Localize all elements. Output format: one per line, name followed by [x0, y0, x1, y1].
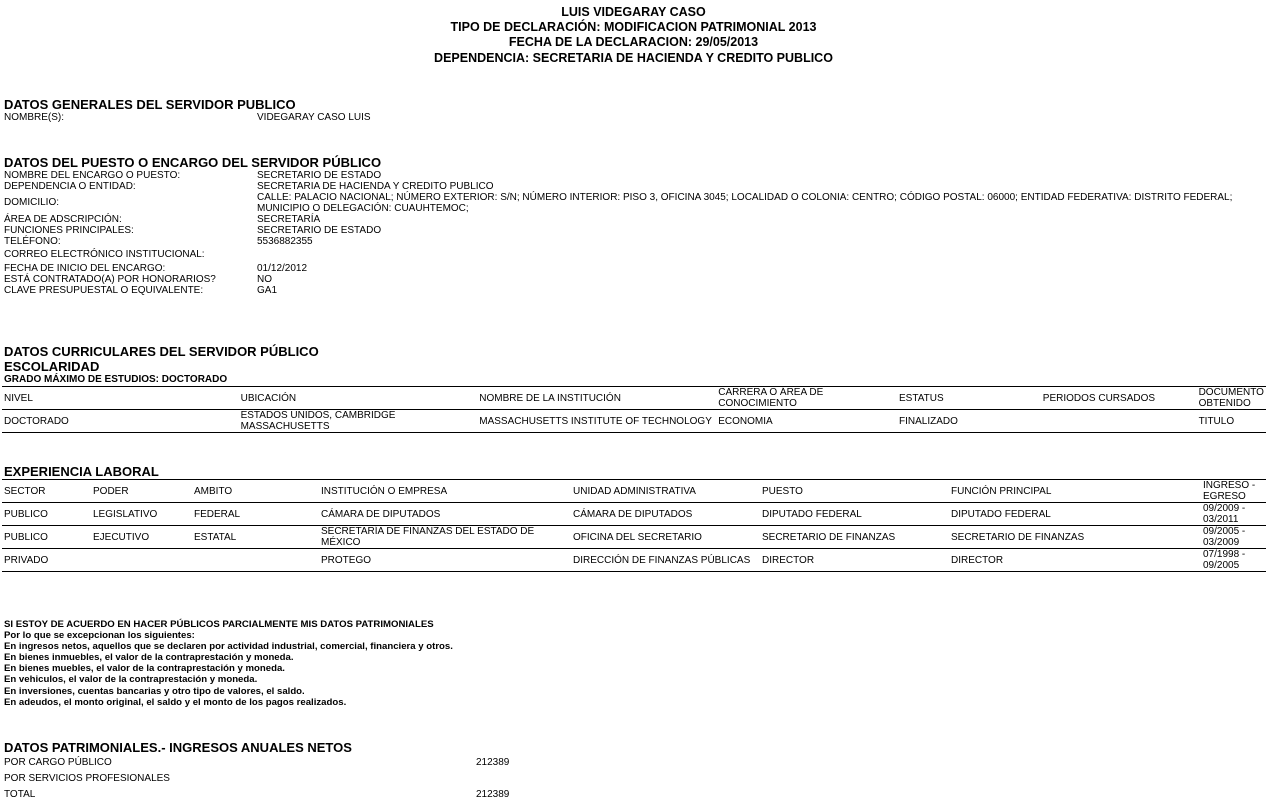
cell-puesto: DIPUTADO FEDERAL [760, 503, 949, 526]
field-value-fecha-inicio: 01/12/2012 [257, 263, 307, 274]
cell-poder [91, 549, 192, 572]
field-label-encargo: NOMBRE DEL ENCARGO O PUESTO: [4, 170, 180, 181]
cell-periodos [1041, 410, 1197, 433]
field-value-area: SECRETARÍA [257, 214, 320, 225]
col-header-ubicacion: UBICACIÓN [239, 387, 478, 410]
field-label-telefono: TELÉFONO: [4, 236, 61, 247]
field-label-dependencia: DEPENDENCIA O ENTIDAD: [4, 181, 136, 192]
col-header-funcion: FUNCIÓN PRINCIPAL [949, 480, 1201, 503]
income-label-servicios: POR SERVICIOS PROFESIONALES [4, 773, 170, 784]
cell-sector: PUBLICO [2, 526, 91, 549]
cell-puesto: SECRETARIO DE FINANZAS [760, 526, 949, 549]
col-header-carrera: CARRERA O ÁREA DE CONOCIMIENTO [716, 387, 897, 410]
col-header-periodos: PERIODOS CURSADOS [1041, 387, 1197, 410]
col-header-sector: SECTOR [2, 480, 91, 503]
declaration-type: TIPO DE DECLARACIÓN: MODIFICACION PATRIM… [0, 20, 1267, 35]
escolaridad-table: NIVEL UBICACIÓN NOMBRE DE LA INSTITUCIÓN… [2, 386, 1266, 433]
declarant-name: LUIS VIDEGARAY CASO [0, 5, 1267, 20]
section-title-experiencia: EXPERIENCIA LABORAL [4, 464, 159, 479]
col-header-poder: PODER [91, 480, 192, 503]
cell-nivel: DOCTORADO [2, 410, 239, 433]
section-title-generales: DATOS GENERALES DEL SERVIDOR PUBLICO [4, 97, 296, 112]
section-title-escolaridad: ESCOLARIDAD [4, 359, 99, 374]
col-header-ingreso-egreso: INGRESO - EGRESO [1201, 480, 1266, 503]
cell-unidad: OFICINA DEL SECRETARIO [571, 526, 760, 549]
col-header-documento: DOCUMENTO OBTENIDO [1197, 387, 1266, 410]
cell-unidad: DIRECCIÓN DE FINANZAS PÚBLICAS [571, 549, 760, 572]
section-title-ingresos: DATOS PATRIMONIALES.- INGRESOS ANUALES N… [4, 740, 352, 755]
notice-line: En adeudos, el monto original, el saldo … [4, 697, 453, 708]
col-header-institucion: INSTITUCIÓN O EMPRESA [319, 480, 571, 503]
field-value-dependencia: SECRETARIA DE HACIENDA Y CREDITO PUBLICO [257, 181, 494, 192]
field-label-area: ÁREA DE ADSCRIPCIÓN: [4, 214, 122, 225]
field-label-correo: CORREO ELECTRÓNICO INSTITUCIONAL: [4, 249, 205, 260]
notice-line: En inversiones, cuentas bancarias y otro… [4, 686, 453, 697]
cell-ambito: ESTATAL [192, 526, 319, 549]
col-header-ambito: AMBITO [192, 480, 319, 503]
privacy-notice: SI ESTOY DE ACUERDO EN HACER PÚBLICOS PA… [4, 619, 453, 708]
cell-funcion: DIRECTOR [949, 549, 1201, 572]
notice-line: En ingresos netos, aquellos que se decla… [4, 641, 453, 652]
notice-line: En vehiculos, el valor de la contraprest… [4, 674, 453, 685]
grado-maximo: GRADO MÁXIMO DE ESTUDIOS: DOCTORADO [4, 374, 227, 386]
income-label-total: TOTAL [4, 789, 35, 800]
cell-ambito: FEDERAL [192, 503, 319, 526]
income-value-cargo-publico: 212389 [476, 757, 509, 768]
cell-institucion: MASSACHUSETTS INSTITUTE OF TECHNOLOGY [477, 410, 716, 433]
field-value-domicilio: CALLE: PALACIO NACIONAL; NÚMERO EXTERIOR… [257, 192, 1257, 214]
cell-poder: LEGISLATIVO [91, 503, 192, 526]
cell-puesto: DIRECTOR [760, 549, 949, 572]
cell-sector: PRIVADO [2, 549, 91, 572]
cell-documento: TITULO [1197, 410, 1266, 433]
col-header-institucion: NOMBRE DE LA INSTITUCIÓN [477, 387, 716, 410]
field-label-domicilio: DOMICILIO: [4, 197, 59, 208]
cell-ingreso-egreso: 09/2009 - 03/2011 [1201, 503, 1266, 526]
field-label-clave: CLAVE PRESUPUESTAL O EQUIVALENTE: [4, 285, 203, 296]
table-header-row: SECTOR PODER AMBITO INSTITUCIÓN O EMPRES… [2, 480, 1266, 503]
field-label-fecha-inicio: FECHA DE INICIO DEL ENCARGO: [4, 263, 165, 274]
section-title-puesto: DATOS DEL PUESTO O ENCARGO DEL SERVIDOR … [4, 155, 381, 170]
field-value-clave: GA1 [257, 285, 277, 296]
table-header-row: NIVEL UBICACIÓN NOMBRE DE LA INSTITUCIÓN… [2, 387, 1266, 410]
table-row: DOCTORADO ESTADOS UNIDOS, CAMBRIDGE MASS… [2, 410, 1266, 433]
document-header: LUIS VIDEGARAY CASO TIPO DE DECLARACIÓN:… [0, 5, 1267, 66]
col-header-nivel: NIVEL [2, 387, 239, 410]
cell-funcion: DIPUTADO FEDERAL [949, 503, 1201, 526]
notice-line: SI ESTOY DE ACUERDO EN HACER PÚBLICOS PA… [4, 619, 453, 630]
col-header-puesto: PUESTO [760, 480, 949, 503]
table-row: PRIVADO PROTEGO DIRECCIÓN DE FINANZAS PÚ… [2, 549, 1266, 572]
field-label-honorarios: ESTÁ CONTRATADO(A) POR HONORARIOS? [4, 274, 216, 285]
col-header-estatus: ESTATUS [897, 387, 1041, 410]
table-row: PUBLICO LEGISLATIVO FEDERAL CÁMARA DE DI… [2, 503, 1266, 526]
cell-poder: EJECUTIVO [91, 526, 192, 549]
field-value-telefono: 5536882355 [257, 236, 313, 247]
cell-institucion: CÁMARA DE DIPUTADOS [319, 503, 571, 526]
notice-line: En bienes inmuebles, el valor de la cont… [4, 652, 453, 663]
col-header-unidad: UNIDAD ADMINISTRATIVA [571, 480, 760, 503]
notice-line: Por lo que se excepcionan los siguientes… [4, 630, 453, 641]
cell-carrera: ECONOMIA [716, 410, 897, 433]
field-value-encargo: SECRETARIO DE ESTADO [257, 170, 381, 181]
cell-institucion: PROTEGO [319, 549, 571, 572]
cell-sector: PUBLICO [2, 503, 91, 526]
declaration-date: FECHA DE LA DECLARACION: 29/05/2013 [0, 35, 1267, 50]
field-value-honorarios: NO [257, 274, 272, 285]
cell-ingreso-egreso: 09/2005 - 03/2009 [1201, 526, 1266, 549]
field-value-funciones: SECRETARIO DE ESTADO [257, 225, 381, 236]
declaration-dependency: DEPENDENCIA: SECRETARIA DE HACIENDA Y CR… [0, 51, 1267, 66]
notice-line: En bienes muebles, el valor de la contra… [4, 663, 453, 674]
field-label-nombre: NOMBRE(S): [4, 112, 64, 123]
cell-ambito [192, 549, 319, 572]
cell-unidad: CÁMARA DE DIPUTADOS [571, 503, 760, 526]
income-value-total: 212389 [476, 789, 509, 800]
cell-ingreso-egreso: 07/1998 - 09/2005 [1201, 549, 1266, 572]
field-value-nombre: VIDEGARAY CASO LUIS [257, 112, 371, 123]
cell-estatus: FINALIZADO [897, 410, 1041, 433]
cell-institucion: SECRETARÍA DE FINANZAS DEL ESTADO DE MÉX… [319, 526, 571, 549]
cell-funcion: SECRETARIO DE FINANZAS [949, 526, 1201, 549]
field-label-funciones: FUNCIONES PRINCIPALES: [4, 225, 134, 236]
income-label-cargo-publico: POR CARGO PÚBLICO [4, 757, 112, 768]
cell-ubicacion: ESTADOS UNIDOS, CAMBRIDGE MASSACHUSETTS [239, 410, 478, 433]
section-title-curriculares: DATOS CURRICULARES DEL SERVIDOR PÚBLICO [4, 344, 319, 359]
experiencia-table: SECTOR PODER AMBITO INSTITUCIÓN O EMPRES… [2, 479, 1266, 572]
table-row: PUBLICO EJECUTIVO ESTATAL SECRETARÍA DE … [2, 526, 1266, 549]
